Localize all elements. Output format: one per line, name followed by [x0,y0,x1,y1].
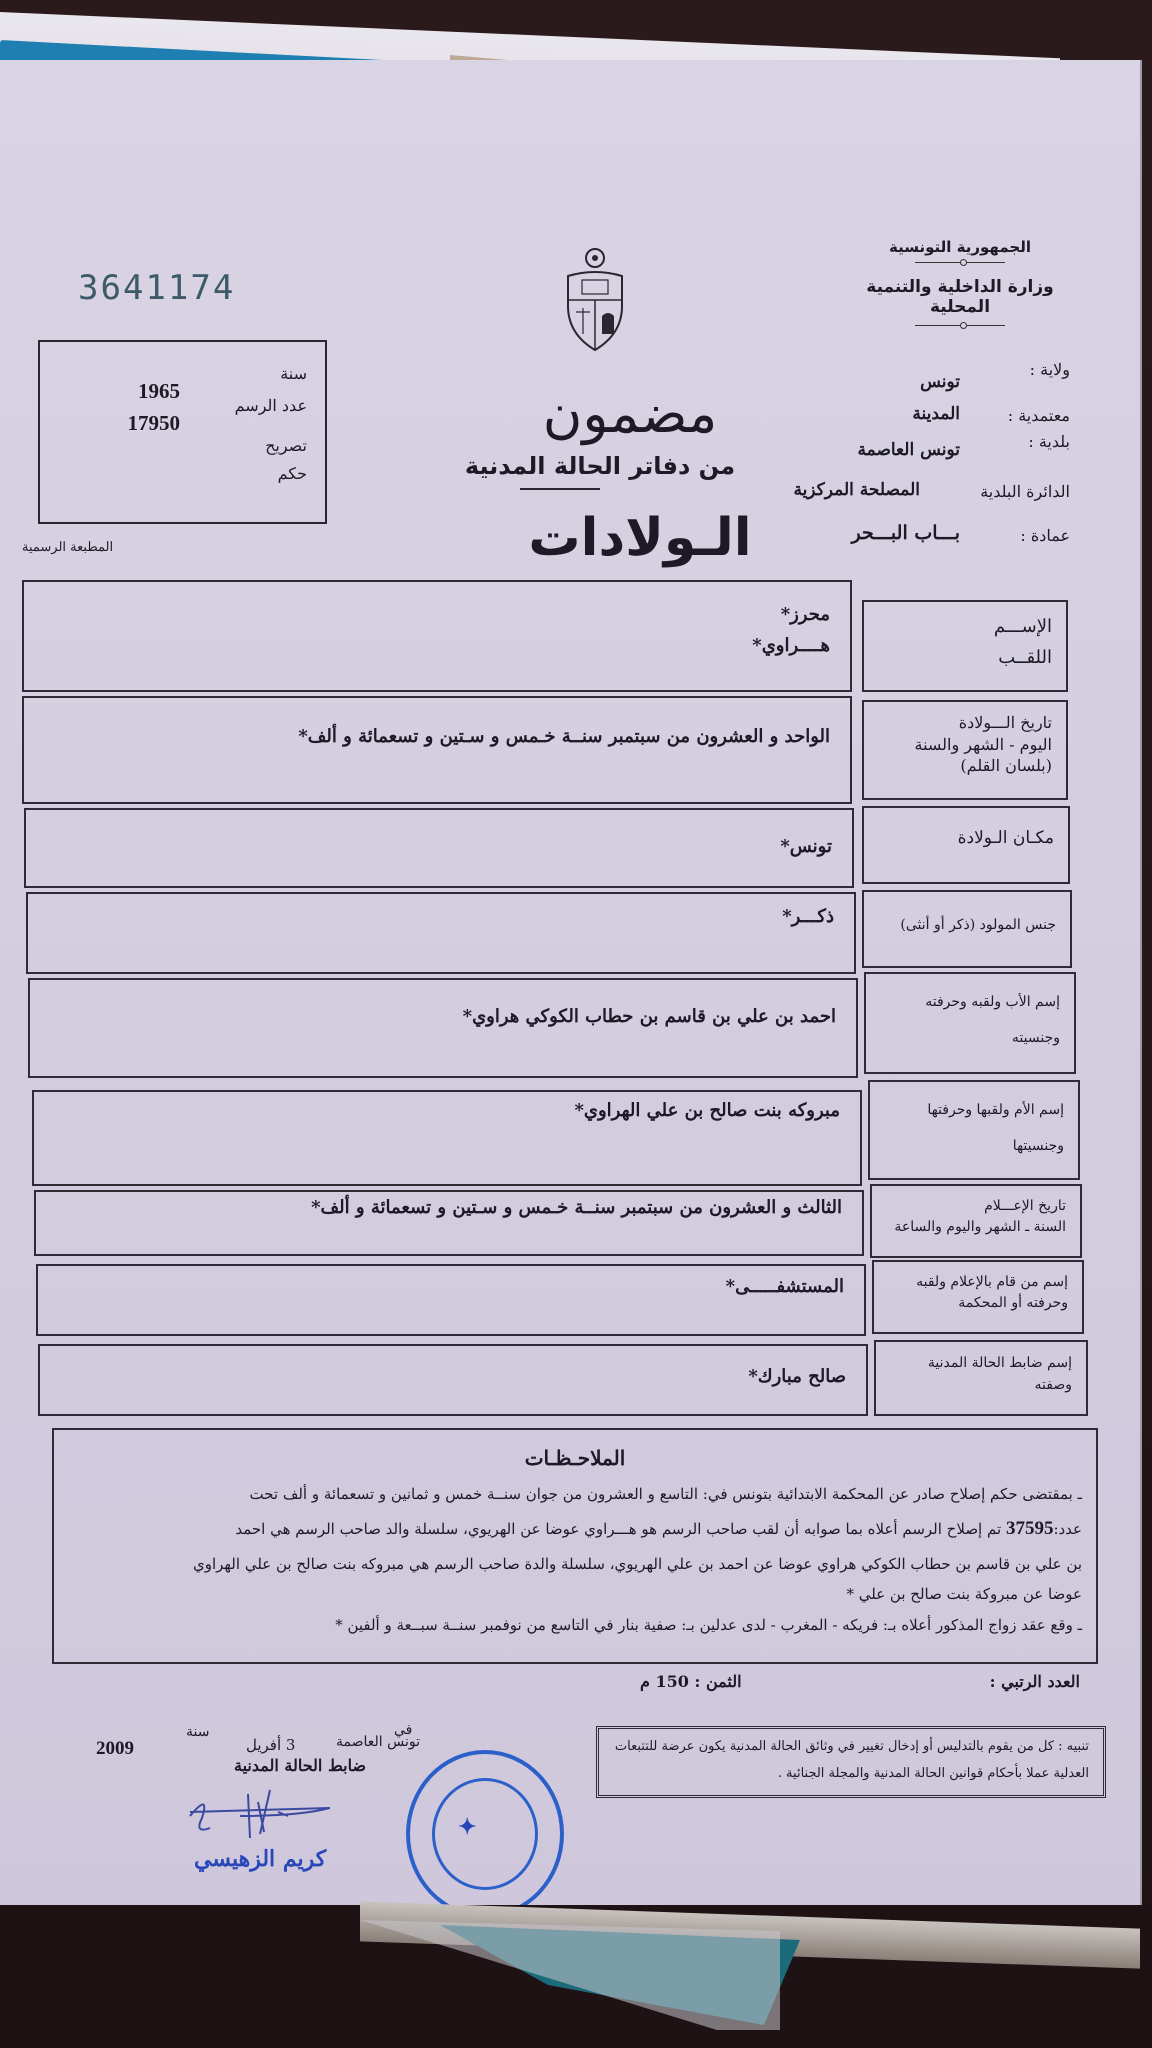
notes-line: عوضا عن مبروكة بنت صالح بن علي * [68,1579,1082,1610]
district-value: المصلحة المركزية [793,480,920,500]
last-name-value: هــــراوي* [44,631,830,662]
notes-section: الملاحـظـات ـ بمقتضى حكم إصلاح صادر عن ا… [52,1428,1098,1664]
seal-emblem: ✦ [458,1814,476,1840]
paper-edge [1140,60,1142,1910]
republic-header: الجمهورية التونسية وزارة الداخلية والتنم… [860,238,1060,326]
first-name-value: محرز* [44,600,830,631]
registrar-value: صالح مبارك* [40,1346,866,1407]
district-label: الدائرة البلدية [980,482,1070,501]
section-title-births: الـولادات [500,508,780,568]
delegation-label: معتمدية : [1008,406,1070,425]
birth-place-label: مكـان الـولادة [864,808,1068,863]
field-value-cell: الواحد و العشرون من سبتمبر سنــة خـمس و … [22,696,852,804]
father-label: إسم الأب ولقبه وحرفته [880,984,1060,1020]
field-label-cell: إسم الأب ولقبه وحرفته وجنسيته [864,972,1076,1074]
printer-label: المطبعة الرسمية [22,540,113,555]
decorative-divider [915,262,1005,263]
field-label-cell: مكـان الـولادة [862,806,1070,884]
judgment-number-label: عدد: [1053,1520,1082,1538]
last-name-label: اللقــب [878,643,1052,674]
field-value-cell: الثالث و العشرون من سبتمبر سنــة خـمس و … [34,1190,864,1256]
serial-order-label: العدد الرتبي : [990,1672,1080,1691]
declarant-label: إسم من قام بالإعلام ولقبه [888,1272,1068,1293]
field-value-cell: تونس* [24,808,854,888]
record-number-value: 17950 [108,392,201,456]
field-label-cell: إسم الأم ولقبها وحرفتها وجنسيتها [868,1080,1080,1180]
mother-label: إسم الأم ولقبها وحرفتها [884,1092,1064,1128]
father-nationality-label: وجنسيته [880,1020,1060,1056]
field-label-cell: الإســـم اللقــب [862,600,1068,692]
issue-date: 3 أفريل [246,1736,295,1754]
birth-date-note: (بلسان القلم) [878,755,1052,777]
warning-notice: تنبيه : كل من يقوم بالتدليس أو إدخال تغي… [596,1726,1106,1798]
notes-line: عدد:37595 تم إصلاح الرسم أعلاه بما صوابه… [68,1510,1082,1549]
notes-title: الملاحـظـات [68,1438,1082,1479]
ministry-name: وزارة الداخلية والتنمية المحلية [860,277,1060,317]
registrar-label: إسم ضابط الحالة المدنية [890,1352,1072,1374]
year-label: سنة [186,1724,209,1740]
notes-line: ـ بمقتضى حكم إصلاح صادر عن المحكمة الابت… [68,1479,1082,1510]
officer-name-stamp: كريم الزهيسي [194,1846,326,1872]
judgment-number: 37595 [1006,1518,1054,1539]
officer-title: ضابط الحالة المدنية [234,1756,366,1775]
issue-year: 2009 [96,1738,134,1760]
official-seal-icon: ✦ [406,1750,564,1918]
father-value: احمد بن علي بن قاسم بن حطاب الكوكي هراوي… [30,980,856,1047]
declaration-date-value: الثالث و العشرون من سبتمبر سنــة خـمس و … [36,1192,862,1235]
field-value-cell: احمد بن علي بن قاسم بن حطاب الكوكي هراوي… [28,978,858,1078]
declarant-value: المستشفـــــى* [38,1266,864,1317]
governorate-label: ولاية : [1030,360,1070,379]
sex-value: ذكـــر* [28,894,854,947]
field-label-cell: تاريخ الـــولادة اليوم - الشهر والسنة (ب… [862,700,1068,800]
birth-date-label: تاريخ الـــولادة [878,712,1052,734]
declaration-date-sublabel: السنة ـ الشهر واليوم والساعة [886,1217,1066,1238]
notes-line: بن علي بن قاسم بن حطاب الكوكي هراوي عوضا… [68,1549,1082,1580]
sector-label: عمادة : [1020,526,1070,545]
first-name-label: الإســـم [878,612,1052,643]
document-title: مضمون [520,382,740,445]
republic-name: الجمهورية التونسية [860,238,1060,256]
field-value-cell: صالح مبارك* [38,1344,868,1416]
municipality-label: بلدية : [1028,432,1070,451]
registrar-sublabel: وصفته [890,1374,1072,1396]
governorate-value: تونس [920,372,960,392]
serial-number: 3641174 [78,268,235,308]
declarant-sublabel: وحرفته أو المحكمة [888,1293,1068,1314]
price-value: 150 م [640,1672,689,1691]
mother-nationality-label: وجنسيتها [884,1128,1064,1164]
registration-box: سنة 1965 عدد الرسم 17950 تصريح حكم [38,340,327,524]
price-block: الثمن : 150 م [640,1672,742,1691]
notes-text: تم إصلاح الرسم أعلاه بما صوابه أن لقب صا… [235,1520,1001,1538]
price-label: الثمن : [694,1672,741,1691]
field-value-cell: مبروكه بنت صالح بن علي الهراوي* [32,1090,862,1186]
delegation-value: المدينة [912,404,960,424]
field-label-cell: تاريخ الإعـــلام السنة ـ الشهر واليوم وا… [870,1184,1082,1258]
sex-label: جنس المولود (ذكر أو أنثى) [864,892,1070,948]
declaration-date-label: تاريخ الإعـــلام [886,1196,1066,1217]
birth-date-value: الواحد و العشرون من سبتمبر سنــة خـمس و … [24,698,850,767]
field-value-cell: المستشفـــــى* [36,1264,866,1336]
judgment-label: حكم [278,464,307,483]
field-label-cell: إسم من قام بالإعلام ولقبه وحرفته أو المح… [872,1260,1084,1334]
signature-icon [180,1782,330,1842]
field-label-cell: جنس المولود (ذكر أو أنثى) [862,890,1072,968]
field-value-cell: محرز* هــــراوي* [22,580,852,692]
document-subtitle: من دفاتر الحالة المدنية [440,452,760,480]
certificate-page: الجمهورية التونسية وزارة الداخلية والتنم… [0,60,1140,1920]
sector-value: بـــاب البـــحر [851,522,960,544]
field-value-cell: ذكـــر* [26,892,856,974]
record-number-label: عدد الرسم [235,396,307,415]
field-label-cell: إسم ضابط الحالة المدنية وصفته [874,1340,1088,1416]
seal-inner-ring [432,1778,538,1890]
decorative-divider [915,325,1005,326]
municipality-value: تونس العاصمة [858,440,961,460]
mother-value: مبروكه بنت صالح بن علي الهراوي* [34,1092,860,1141]
declaration-label: تصريح [265,436,307,455]
birth-date-sublabel: اليوم - الشهر والسنة [878,734,1052,756]
notes-line: ـ وقع عقد زواج المذكور أعلاه بـ: فريكه -… [68,1610,1082,1641]
year-label: سنة [280,364,307,383]
subtitle-underline [520,488,600,490]
issue-place: تونس العاصمة [336,1734,420,1750]
tunisia-coat-of-arms-icon [560,246,630,356]
birth-place-value: تونس* [26,810,852,877]
